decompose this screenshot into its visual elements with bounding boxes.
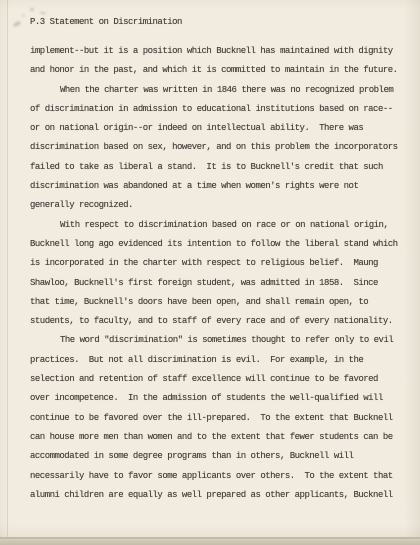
document-line: When the charter was written in 1846 the…	[30, 81, 410, 100]
pencil-smudge	[22, 14, 25, 17]
document-line: necessarily have to favor some applicant…	[30, 467, 410, 486]
document-line: accommodated in some degree programs tha…	[30, 447, 410, 466]
document-line: Bucknell long ago evidenced its intentio…	[30, 235, 410, 254]
pencil-smudge	[13, 20, 22, 27]
document-line: students, to faculty, and to staff of ev…	[30, 312, 410, 331]
document-line: discrimination based on sex, however, an…	[30, 138, 410, 157]
paper: P.3 Statement on Discrimination implemen…	[0, 0, 420, 539]
document-line: that time, Bucknell's doors have been op…	[30, 293, 410, 312]
document-line: implement--but it is a position which Bu…	[30, 42, 410, 61]
document-line: practices. But not all discrimination is…	[30, 351, 410, 370]
page-header: P.3 Statement on Discrimination	[30, 13, 182, 32]
document-line: and honor in the past, and which it is c…	[30, 61, 410, 80]
document-line: generally recognized.	[30, 196, 410, 215]
pencil-smudge	[30, 8, 34, 11]
document-line: or on national origin--or indeed on inte…	[30, 119, 410, 138]
document-line: over incompetence. In the admission of s…	[30, 389, 410, 408]
document-line: discrimination was abandoned at a time w…	[30, 177, 410, 196]
document-line: failed to take as liberal a stand. It is…	[30, 158, 410, 177]
scanned-page: P.3 Statement on Discrimination implemen…	[0, 0, 420, 545]
document-line: is incorporated in the charter with resp…	[30, 254, 410, 273]
document-line: continue to be favored over the ill-prep…	[30, 409, 410, 428]
document-line: alumni children are equally as well prep…	[30, 486, 410, 505]
document-body: implement--but it is a position which Bu…	[30, 42, 410, 505]
document-line: Shawloo, Bucknell's first foreign studen…	[30, 274, 410, 293]
scan-edge	[0, 539, 420, 545]
document-line: With respect to discrimination based on …	[30, 216, 410, 235]
document-line: The word "discrimination" is sometimes t…	[30, 331, 410, 350]
document-line: can house more men than women and to the…	[30, 428, 410, 447]
document-line: of discrimination in admission to educat…	[30, 100, 410, 119]
document-line: selection and retention of staff excelle…	[30, 370, 410, 389]
